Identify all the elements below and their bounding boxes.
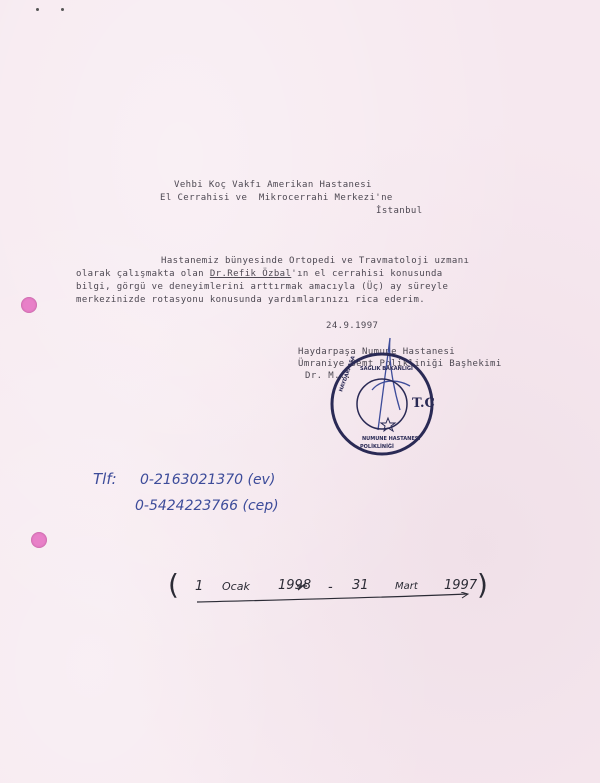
- body-line-2-post: 'ın el cerrahisi konusunda: [291, 269, 442, 279]
- punch-hole: [31, 532, 47, 548]
- doctor-name: Dr.Refik Özbal: [210, 269, 291, 279]
- recipient-line-1: Vehbi Koç Vakfı Amerikan Hastanesi: [174, 180, 372, 190]
- phone-mobile: 0-5424223766 (cep): [135, 498, 279, 514]
- year-correction-mark: [296, 580, 308, 594]
- recipient-line-3: İstanbul: [376, 206, 423, 216]
- body-line-4: merkezinizde rotasyonu konusunda yardıml…: [76, 295, 425, 305]
- body-line-2: olarak çalışmakta olan Dr.Refik Özbal'ın…: [76, 269, 443, 279]
- paper-speck: [36, 8, 39, 11]
- body-line-3: bilgi, görgü ve deneyimlerini arttırmak …: [76, 282, 448, 292]
- official-stamp: T.C. SAĞLIK BAKANLIĞI HAYDARPAŞA NUMUNE …: [330, 352, 435, 457]
- phone-label: Tlf:: [93, 470, 117, 488]
- svg-text:T.C.: T.C.: [412, 396, 435, 411]
- svg-text:POLİKLİNİĞİ: POLİKLİNİĞİ: [360, 443, 394, 450]
- svg-text:SAĞLIK BAKANLIĞI: SAĞLIK BAKANLIĞI: [360, 365, 413, 372]
- crescent-icon: [368, 390, 392, 419]
- recipient-line-2: El Cerrahisi ve Mikrocerrahi Merkezi'ne: [160, 193, 393, 203]
- svg-text:NUMUNE HASTANESİ: NUMUNE HASTANESİ: [362, 435, 420, 442]
- period-end-day: 31: [352, 578, 369, 593]
- phone-home: 0-2163021370 (ev): [140, 472, 275, 488]
- punch-hole: [21, 297, 37, 313]
- body-line-2-pre: olarak çalışmakta olan: [76, 269, 210, 279]
- body-line-1: Hastanemiz bünyesinde Ortopedi ve Travma…: [161, 256, 469, 266]
- period-end-month: Mart: [395, 581, 418, 592]
- period-open-paren: (: [168, 568, 179, 601]
- period-end-year: 1997: [444, 578, 477, 593]
- period-close-paren: ): [477, 568, 488, 601]
- paper-speck: [61, 8, 64, 11]
- period-underline: [195, 592, 475, 606]
